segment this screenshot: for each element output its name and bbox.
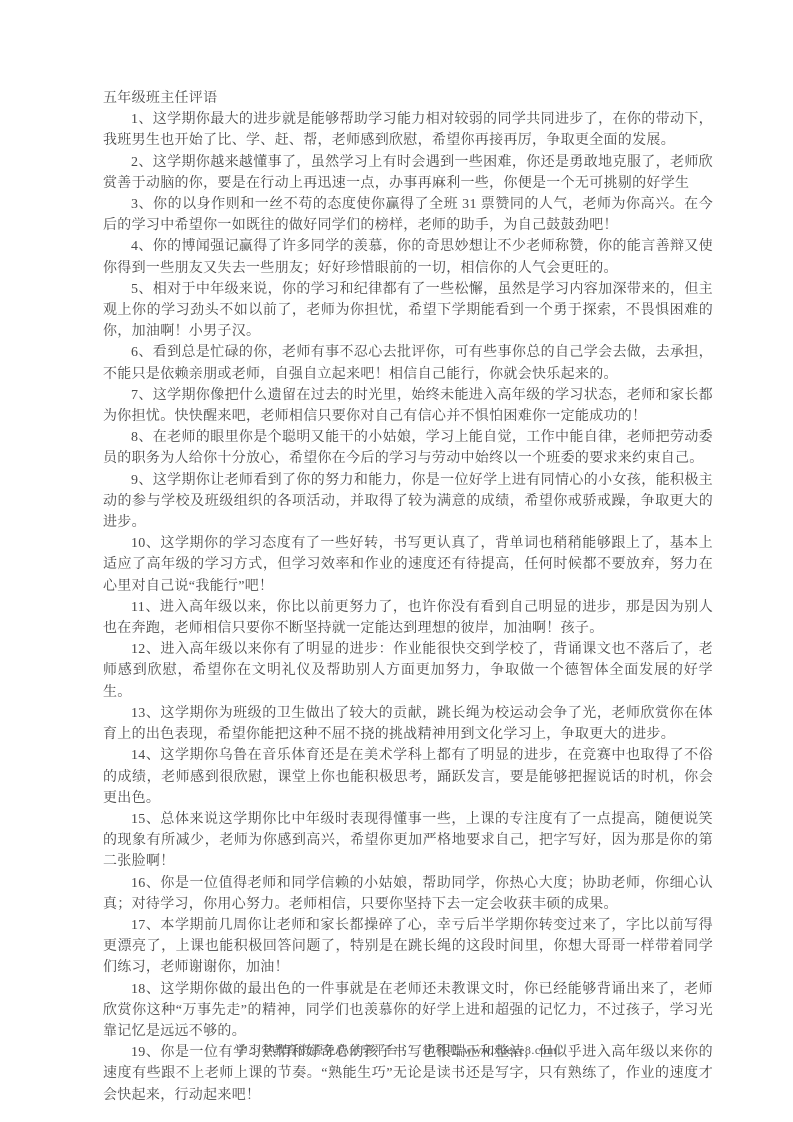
- comment-paragraph-8: 8、在老师的眼里你是个聪明又能干的小姑娘，学习上能自觉，工作中能自律，老师把劳动…: [103, 427, 713, 469]
- footer-site-label: 学科吧 www.xueke8.com: [422, 1043, 557, 1057]
- comment-paragraph-5: 5、相对于中年级来说，你的学习和纪律都有了一些松懈，虽然是学习内容加深带来的，但…: [103, 279, 713, 343]
- document-page: 五年级班主任评语 1、这学期你最大的进步就是能够帮助学习能力相对较弱的同学共同进…: [0, 0, 793, 1122]
- comment-paragraph-10: 10、这学期你的学习态度有了一些好转，书写更认真了，背单词也稍稍能够跟上了，基本…: [103, 533, 713, 597]
- comment-paragraph-7: 7、这学期你像把什么遗留在过去的时光里，始终未能进入高年级的学习状态，老师和家长…: [103, 385, 713, 427]
- comment-paragraph-17: 17、本学期前几周你让老师和家长都操碎了心，幸亏后半学期你转变过来了，字比以前写…: [103, 915, 713, 979]
- comment-paragraph-1: 1、这学期你最大的进步就是能够帮助学习能力相对较弱的同学共同进步了，在你的带动下…: [103, 109, 713, 151]
- comment-paragraph-3: 3、你的以身作则和一丝不苟的态度使你赢得了全班 31 票赞同的人气，老师为你高兴…: [103, 194, 713, 236]
- footer-platform-label: 中小学教育资源免费分享平台: [236, 1043, 399, 1057]
- comment-paragraph-14: 14、这学期你乌鲁在音乐体育还是在美术学科上都有了明显的进步，在竞赛中也取得了不…: [103, 745, 713, 809]
- comment-paragraph-9: 9、这学期你让老师看到了你的努力和能力，你是一位好学上进有同情心的小女孩，能积极…: [103, 470, 713, 534]
- page-footer: 中小学教育资源免费分享平台学科吧 www.xueke8.com: [0, 1041, 793, 1058]
- comment-paragraph-11: 11、进入高年级以来，你比以前更努力了，也许你没有看到自己明显的进步，那是因为别…: [103, 597, 713, 639]
- document-content: 五年级班主任评语 1、这学期你最大的进步就是能够帮助学习能力相对较弱的同学共同进…: [103, 88, 713, 1106]
- comment-paragraph-2: 2、这学期你越来越懂事了，虽然学习上有时会遇到一些困难，你还是勇敢地克服了，老师…: [103, 152, 713, 194]
- comment-paragraph-15: 15、总体来说这学期你比中年级时表现得懂事一些，上课的专注度有了一点提高，随便说…: [103, 809, 713, 873]
- comment-paragraph-18: 18、这学期你做的最出色的一件事就是在老师还未教课文时，你已经能够背诵出来了，老…: [103, 979, 713, 1043]
- comment-paragraph-12: 12、进入高年级以来你有了明显的进步：作业能很快交到学校了，背诵课文也不落后了，…: [103, 639, 713, 703]
- comment-paragraph-13: 13、这学期你为班级的卫生做出了较大的贡献，跳长绳为校运动会争了光，老师欣赏你在…: [103, 703, 713, 745]
- comment-paragraph-16: 16、你是一位值得老师和同学信赖的小姑娘，帮助同学，你热心大度；协助老师，你细心…: [103, 873, 713, 915]
- document-title: 五年级班主任评语: [103, 88, 713, 109]
- comment-paragraph-6: 6、看到总是忙碌的你，老师有事不忍心去批评你，可有些事你总的自己学会去做，去承担…: [103, 342, 713, 384]
- comment-paragraph-4: 4、你的博闻强记赢得了许多同学的羡慕，你的奇思妙想让不少老师称赞，你的能言善辩又…: [103, 236, 713, 278]
